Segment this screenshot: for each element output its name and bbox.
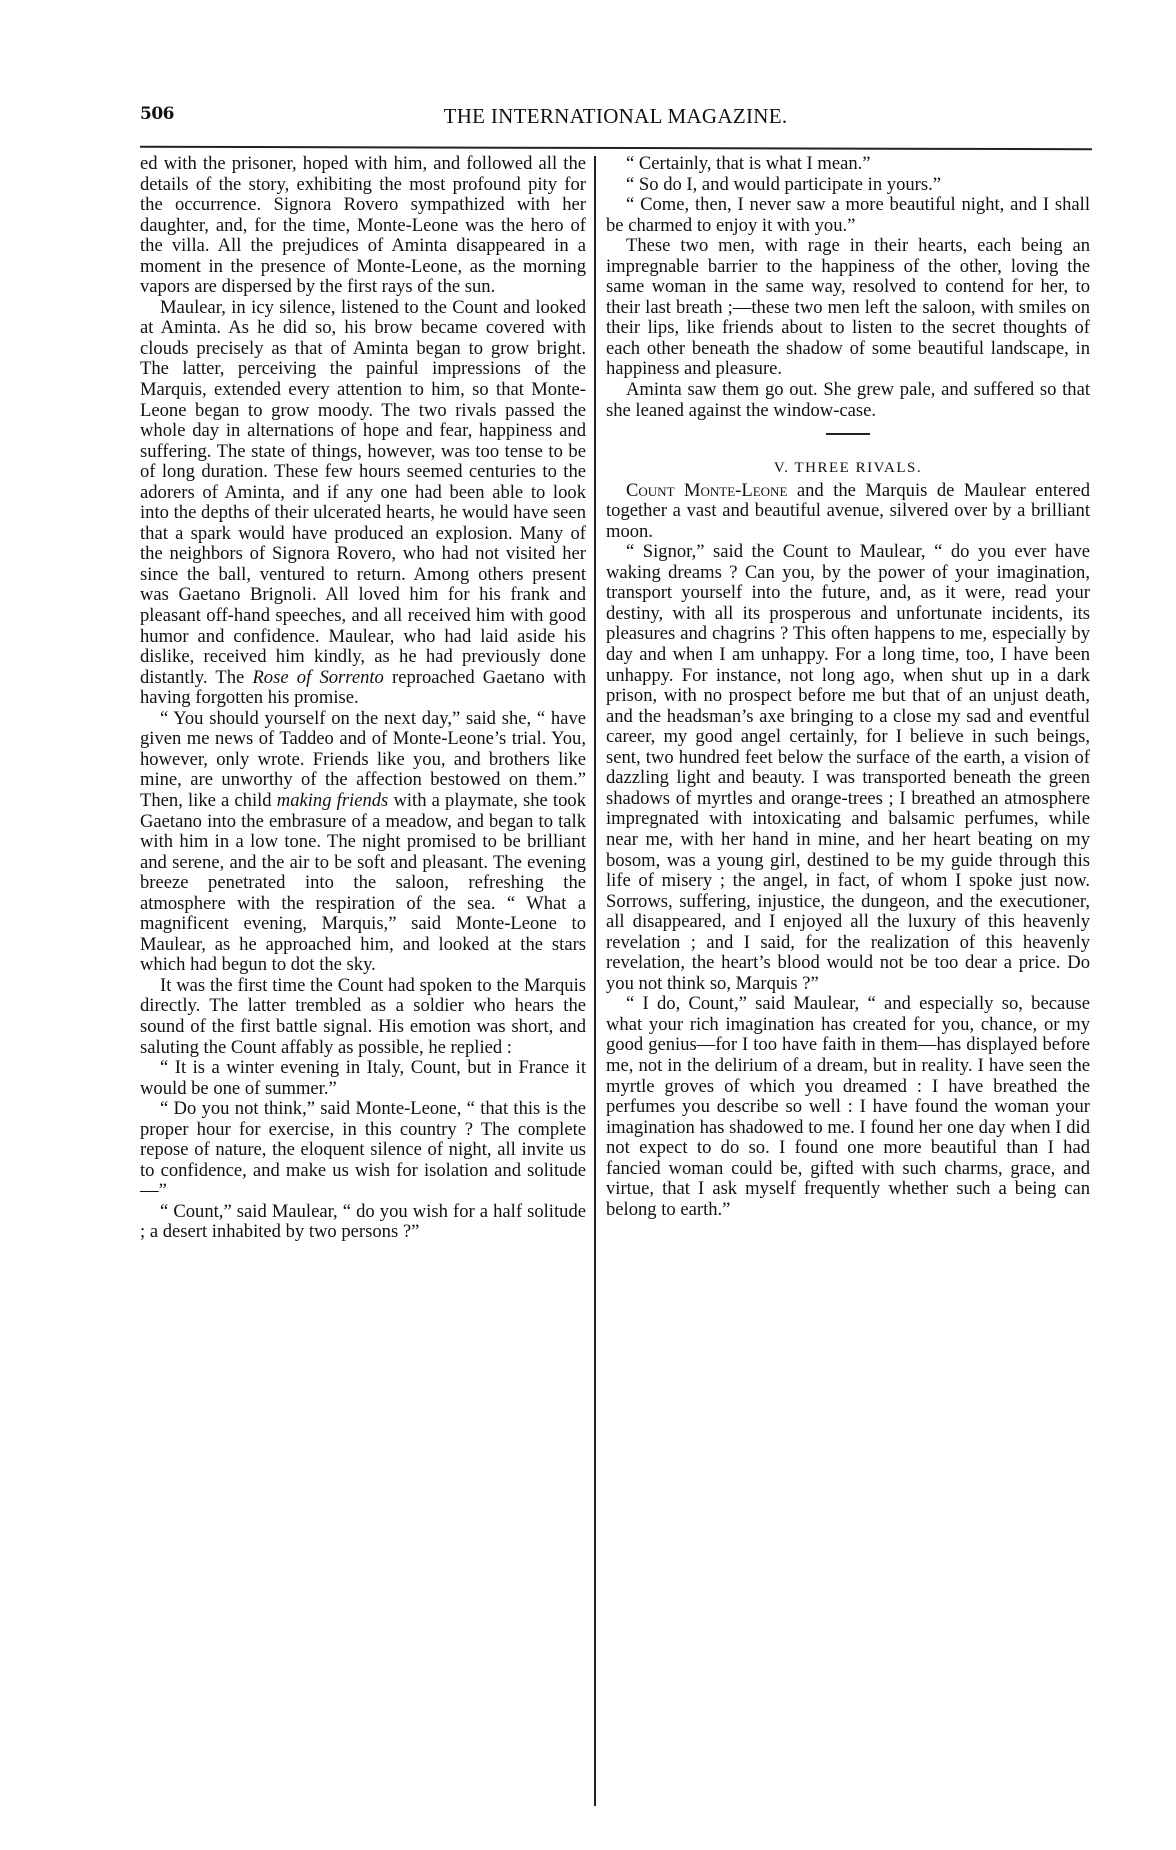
magazine-title: THE INTERNATIONAL MAGAZINE.: [138, 104, 1093, 129]
paragraph-text: The: [207, 667, 252, 688]
paragraph: “ It is a winter evening in Italy, Count…: [140, 1058, 586, 1099]
running-header: 506 THE INTERNATIONAL MAGAZINE.: [138, 98, 1093, 138]
paragraph: “ You should yourself on the next day,” …: [140, 709, 586, 976]
paragraph: Maulear, in icy silence, listened to the…: [140, 298, 586, 709]
paragraph: “ Signor,” said the Count to Maulear, “ …: [606, 542, 1090, 994]
paragraph: “ I do, Count,” said Maulear, “ and espe…: [606, 994, 1090, 1220]
paragraph: “ Come, then, I never saw a more beautif…: [606, 195, 1090, 236]
header-rule: [140, 146, 1092, 150]
right-column: “ Certainly, that is what I mean.” “ So …: [606, 154, 1090, 1220]
paragraph: These two men, with rage in their hearts…: [606, 236, 1090, 380]
paragraph-text: Maulear, in icy silence, listened to the…: [140, 297, 586, 688]
paragraph-text: with a playmate, she took Gaetano into t…: [140, 790, 586, 975]
column-divider: [594, 156, 596, 1806]
paragraph: Count Monte-Leone and the Marquis de Mau…: [606, 481, 1090, 543]
section-heading: V. THREE RIVALS.: [606, 458, 1090, 479]
paragraph: It was the first time the Count had spok…: [140, 976, 586, 1058]
paragraph: “ Count,” said Maulear, “ do you wish fo…: [140, 1202, 586, 1243]
paragraph: “ Certainly, that is what I mean.”: [606, 154, 1090, 175]
italic-title: Rose of Sorrento: [252, 667, 383, 688]
paragraph: ed with the prisoner, hoped with him, an…: [140, 154, 586, 298]
magazine-page: 506 THE INTERNATIONAL MAGAZINE. ed with …: [0, 0, 1176, 1850]
small-caps-opening: Count Monte-Leone: [626, 480, 787, 501]
paragraph: “ Do you not think,” said Monte-Leone, “…: [140, 1099, 586, 1202]
paragraph: Aminta saw them go out. She grew pale, a…: [606, 380, 1090, 421]
section-separator-rule: [826, 433, 870, 435]
paragraph: “ So do I, and would participate in your…: [606, 175, 1090, 196]
italic-phrase: making friends: [277, 790, 389, 811]
left-column: ed with the prisoner, hoped with him, an…: [140, 154, 586, 1243]
